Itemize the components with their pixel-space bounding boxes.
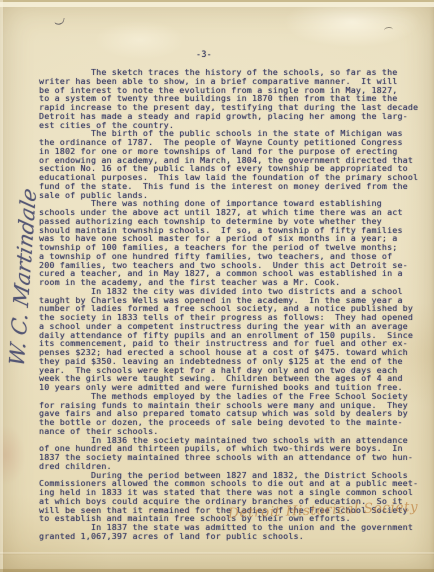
document-page: -3- The sketch traces the history of the… bbox=[0, 0, 434, 572]
paper-edge-left bbox=[0, 0, 3, 572]
page-number: -3- bbox=[196, 49, 212, 59]
document-body: The sketch traces the history of the sch… bbox=[39, 68, 425, 541]
text-line: granted 1,067,397 acres of land for publ… bbox=[39, 532, 425, 541]
stray-ink-mark bbox=[54, 16, 64, 26]
paper-crease bbox=[0, 552, 434, 555]
stray-ink-mark bbox=[384, 27, 394, 34]
paper-edge-top-highlight bbox=[0, 2, 434, 7]
